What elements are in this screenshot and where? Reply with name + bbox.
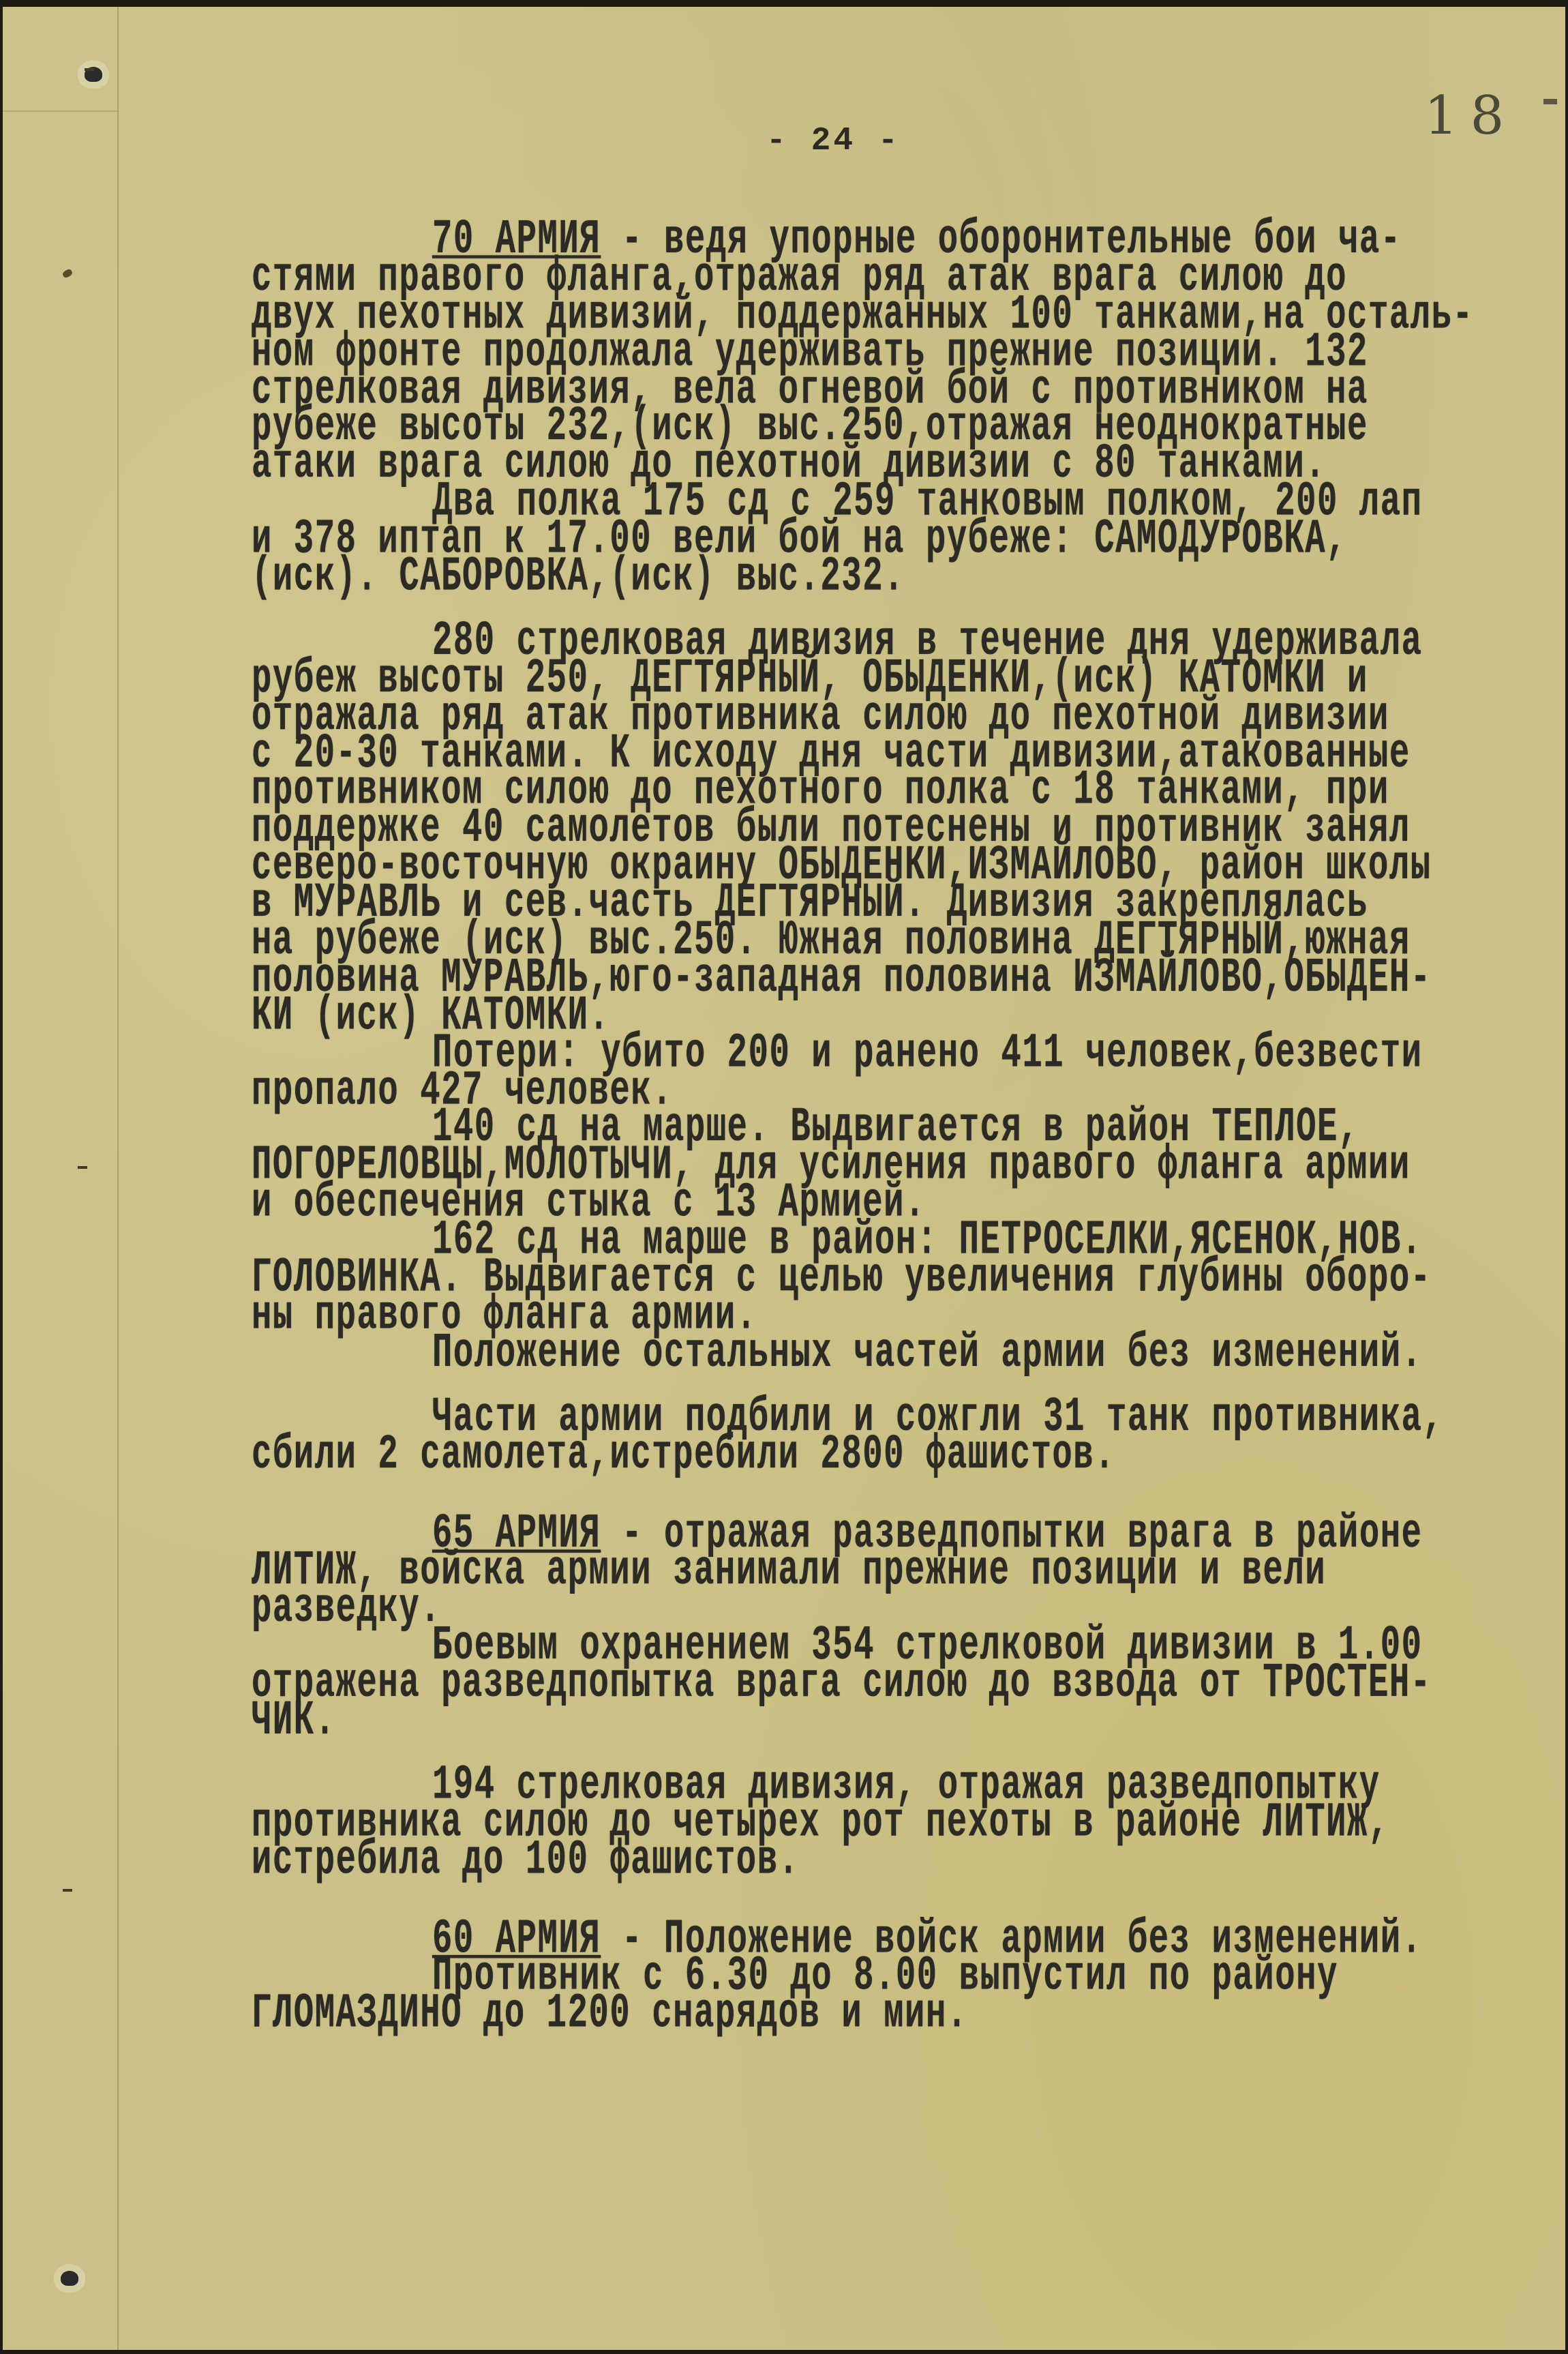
folio-number: 18 bbox=[1424, 85, 1516, 147]
folio-mark bbox=[1543, 99, 1557, 104]
margin-tick bbox=[63, 1889, 72, 1892]
margin-tick bbox=[85, 68, 94, 71]
document-page: - 24 - 18 70 АРМИЯ - ведя упорные оборон… bbox=[3, 7, 1565, 2350]
margin-mark bbox=[61, 268, 73, 279]
paper-fold bbox=[117, 7, 119, 2350]
punch-hole bbox=[61, 2271, 78, 2286]
text-line: отражена разведпопытка врага силою до вз… bbox=[252, 1667, 1561, 1705]
margin-tick bbox=[78, 1166, 87, 1169]
paper-fold bbox=[3, 110, 119, 112]
report-body: 70 АРМИЯ - ведя упорные оборонительные б… bbox=[252, 224, 1561, 2036]
text-line: ГЛОМАЗДИНО до 1200 снарядов и мин. bbox=[252, 1998, 1561, 2036]
text-line: Положение остальных частей армии без изм… bbox=[252, 1337, 1561, 1374]
page-number: - 24 - bbox=[766, 123, 901, 160]
